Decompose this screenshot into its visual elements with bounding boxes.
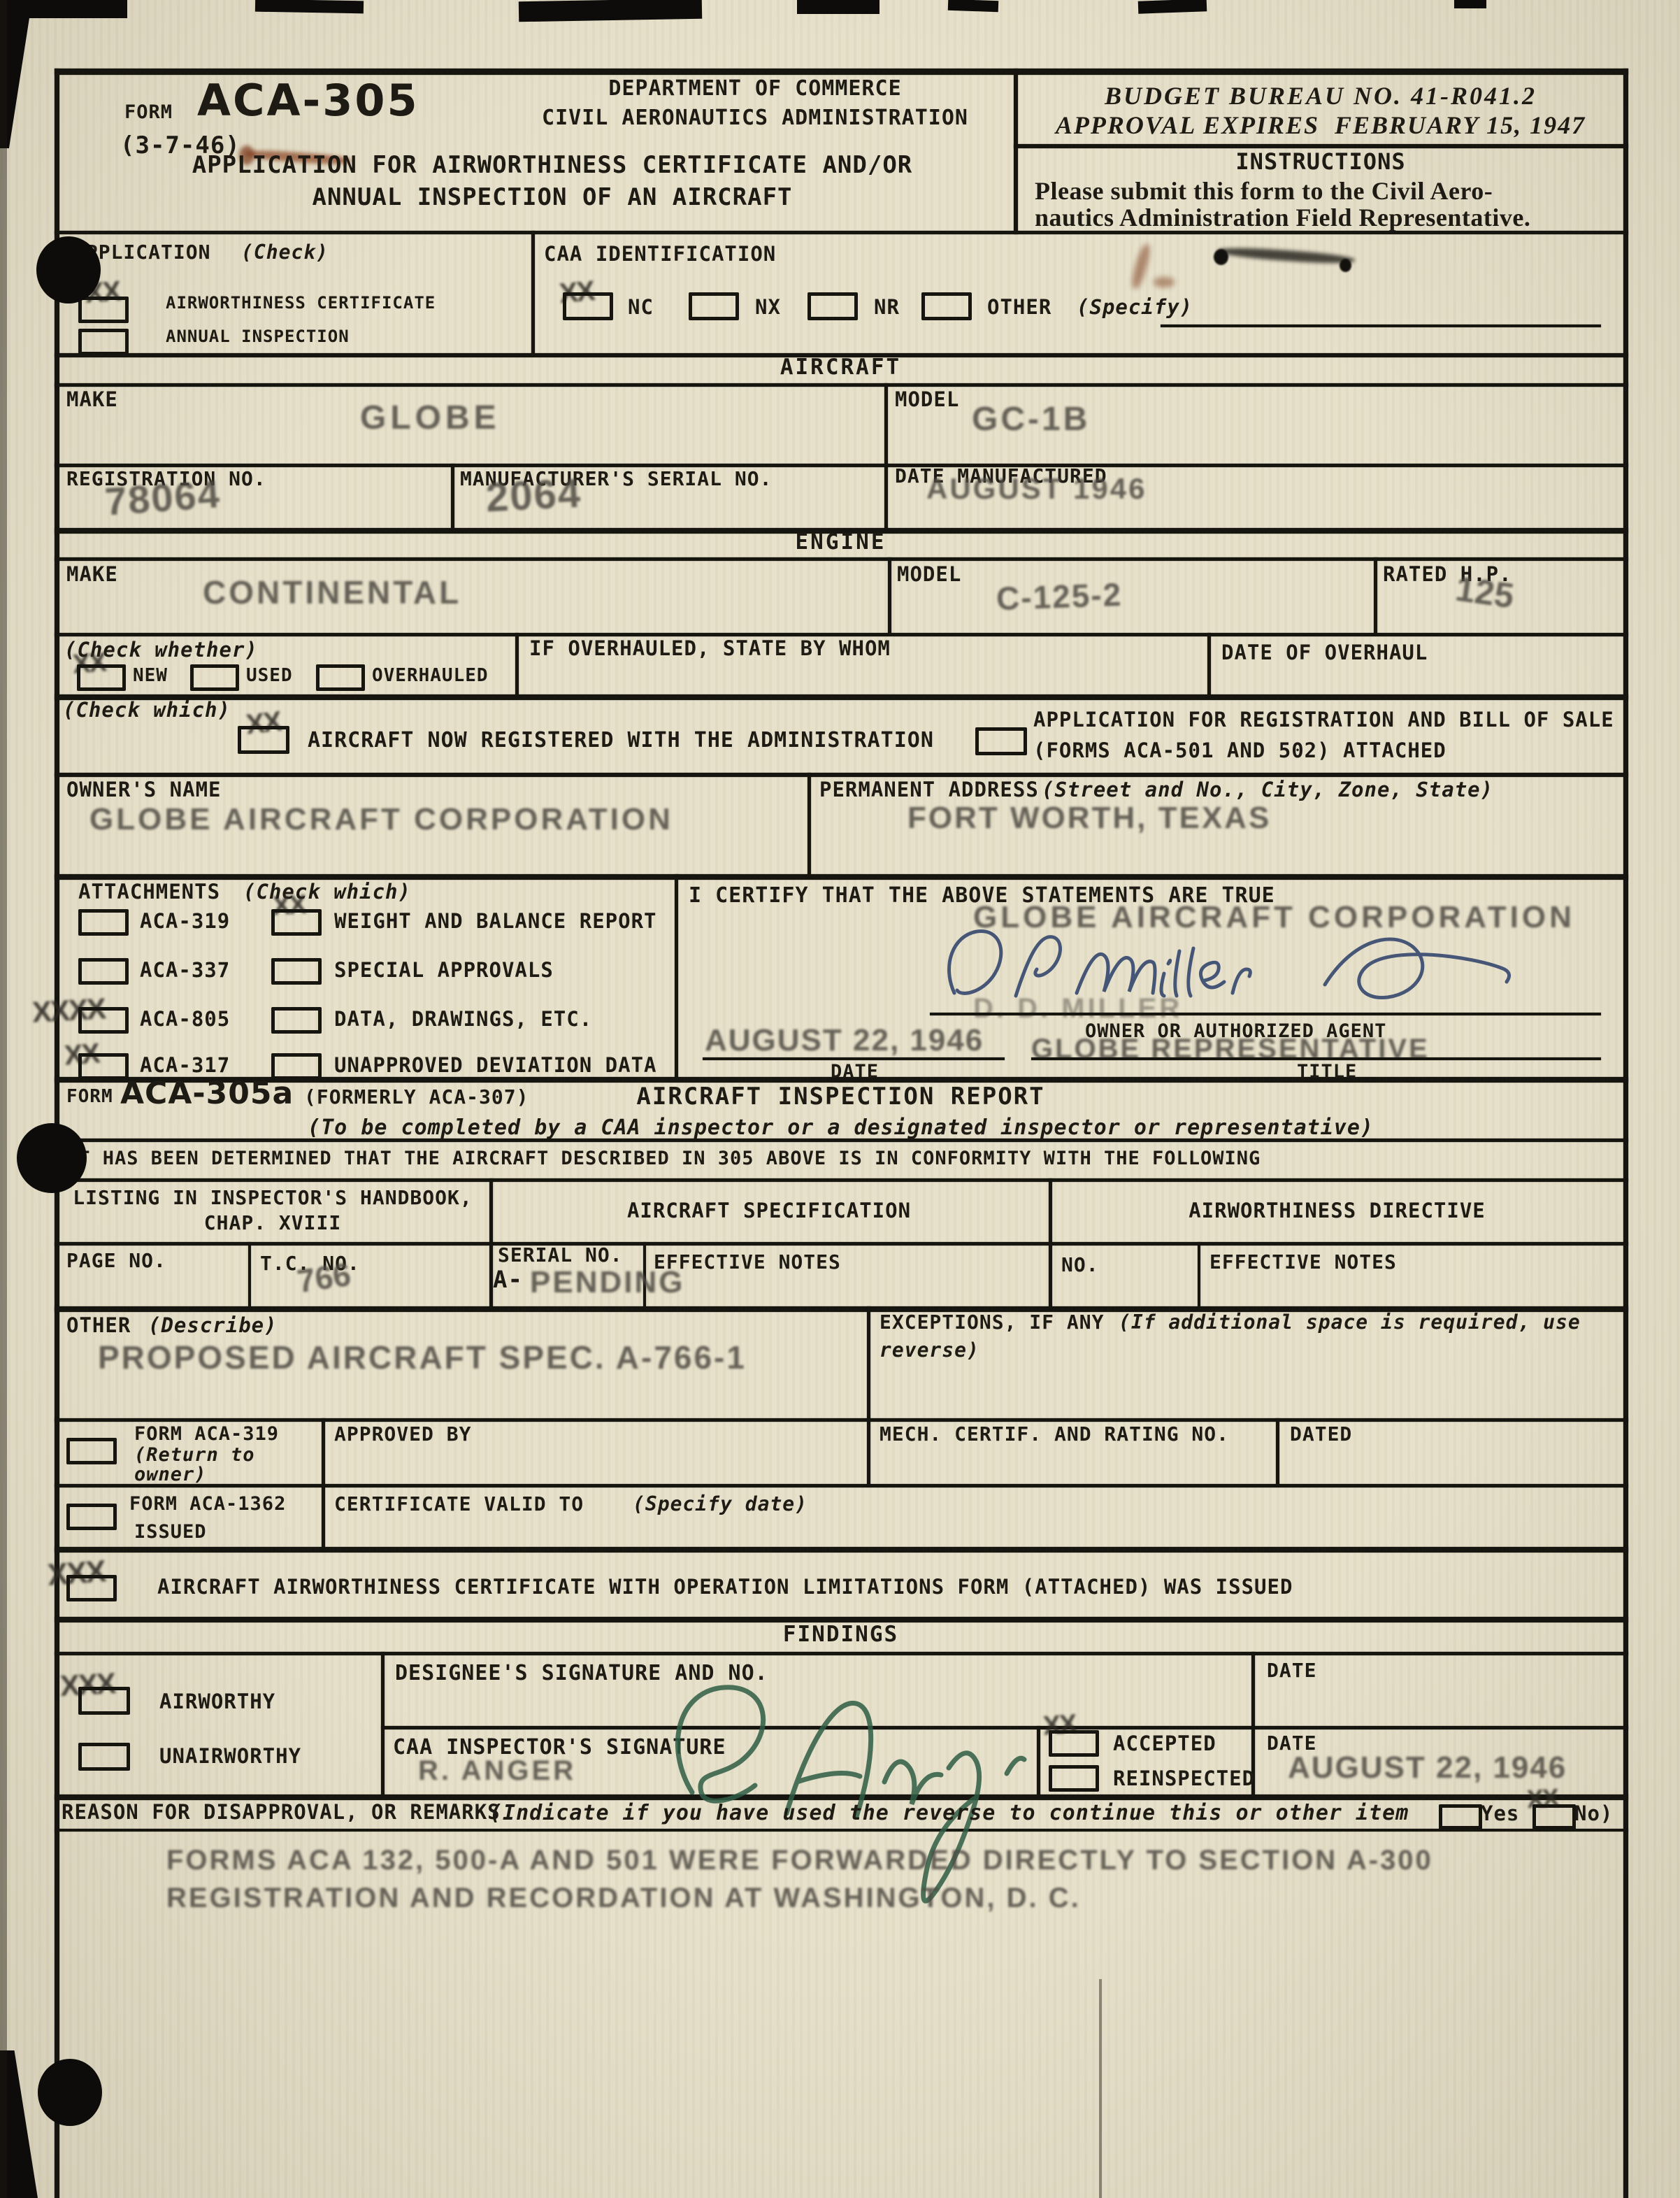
engine-new-label: NEW — [133, 666, 168, 686]
other-label: OTHER — [987, 297, 1051, 319]
remarks-no-checkbox[interactable] — [1532, 1804, 1576, 1829]
scan-artifact — [1454, 0, 1486, 8]
aircraft-make-label: MAKE — [66, 389, 118, 411]
cert-issued-checkbox[interactable] — [66, 1575, 117, 1601]
permanent-address-hint: (Street and No., City, Zone, State) — [1042, 779, 1493, 801]
form-number: ACA-305 — [197, 77, 419, 124]
exceptions-hint2: reverse) — [880, 1340, 979, 1362]
listing-handbook-line1: LISTING IN INSPECTOR'S HANDBOOK, — [56, 1187, 489, 1209]
remarks-yes-label: Yes — [1481, 1803, 1519, 1825]
divider — [867, 1306, 870, 1420]
engine-section-title: ENGINE — [56, 530, 1625, 554]
date-line[interactable] — [703, 1057, 1005, 1060]
registered-checkbox[interactable] — [238, 726, 289, 754]
aircraft-model-value: GC-1B — [972, 403, 1090, 436]
form-aca-319-label: FORM ACA-319 — [134, 1424, 279, 1445]
date-label: DATE — [831, 1062, 879, 1083]
tc-no-value: 766 — [295, 1258, 352, 1297]
caa-identification-label: CAA IDENTIFICATION — [544, 243, 776, 266]
budget-bureau-no: BUDGET BUREAU NO. 41-R041.2 — [1018, 83, 1623, 110]
instructions-line2: nautics Administration Field Representat… — [1035, 204, 1530, 232]
engine-overhauled-label: OVERHAULED — [372, 666, 489, 686]
annual-inspection-label: ANNUAL INSPECTION — [166, 327, 350, 345]
inspection-subtitle: (To be completed by a CAA inspector or a… — [56, 1116, 1625, 1139]
nx-checkbox[interactable] — [689, 292, 739, 320]
divider — [55, 1484, 1628, 1487]
approved-by-label: APPROVED BY — [334, 1424, 471, 1446]
signer-name-stamp: D. D. MILLER — [973, 994, 1182, 1022]
divider — [451, 464, 454, 530]
inspector-name-stamp: R. ANGER — [418, 1757, 576, 1785]
aca-317-label: ACA-317 — [140, 1055, 230, 1077]
form-aca-319-checkbox[interactable] — [66, 1438, 117, 1464]
engine-new-checkbox[interactable] — [77, 664, 126, 691]
divider — [55, 383, 1628, 387]
engine-used-checkbox[interactable] — [190, 664, 239, 691]
department-line: DEPARTMENT OF COMMERCE — [489, 77, 1021, 100]
airworthiness-certificate-label: AIRWORTHINESS CERTIFICATE — [166, 294, 436, 312]
special-approvals-checkbox[interactable] — [271, 958, 322, 985]
divider — [322, 1418, 325, 1550]
aircraft-model-label: MODEL — [895, 389, 959, 411]
application-attached-checkbox[interactable] — [975, 727, 1027, 755]
unapproved-deviation-label: UNAPPROVED DEVIATION DATA — [334, 1055, 657, 1077]
divider — [1037, 1726, 1040, 1797]
application-attached-line1: APPLICATION FOR REGISTRATION AND BILL OF… — [1033, 709, 1614, 732]
divider — [1049, 1178, 1052, 1309]
form-border-top — [55, 69, 1628, 75]
ink-smudge — [1340, 259, 1351, 272]
engine-model-value: C-125-2 — [996, 578, 1123, 615]
serial-no-value: 2064 — [485, 473, 583, 518]
attachments-label: ATTACHMENTS — [78, 881, 220, 904]
ink-smudge — [1214, 249, 1228, 265]
directive-no-label: NO. — [1061, 1255, 1099, 1276]
signature-line[interactable] — [930, 1013, 1601, 1015]
scan-artifact — [519, 0, 702, 22]
divider — [884, 464, 888, 530]
weight-balance-label: WEIGHT AND BALANCE REPORT — [334, 911, 657, 933]
scan-artifact — [797, 0, 880, 14]
ink-smudge — [1218, 245, 1356, 266]
aca-805-checkbox[interactable] — [78, 1007, 129, 1034]
engine-make-label: MAKE — [66, 564, 118, 586]
registration-no-value: 78064 — [103, 474, 222, 521]
inspector-signature — [626, 1649, 1024, 1922]
exceptions-label: EXCEPTIONS, IF ANY — [880, 1312, 1104, 1334]
inspection-report-title: AIRCRAFT INSPECTION REPORT — [56, 1084, 1625, 1110]
annual-inspection-checkbox[interactable] — [78, 329, 129, 355]
spec-serial-no-label: SERIAL NO. — [498, 1245, 623, 1266]
divider — [55, 773, 1628, 777]
aca-319-checkbox[interactable] — [78, 909, 129, 936]
other-checkbox[interactable] — [921, 292, 972, 320]
engine-overhauled-checkbox[interactable] — [316, 664, 365, 691]
effective-notes-label: EFFECTIVE NOTES — [654, 1252, 841, 1273]
airworthiness-directive-header: AIRWORTHINESS DIRECTIVE — [1049, 1200, 1625, 1222]
nx-label: NX — [755, 297, 781, 319]
remarks-line2: REGISTRATION AND RECORDATION AT WASHINGT… — [166, 1884, 1081, 1912]
aca-805-label: ACA-805 — [140, 1008, 230, 1031]
divider — [55, 1242, 1628, 1246]
divider — [381, 1652, 385, 1797]
stain — [1154, 277, 1175, 287]
other-describe-hint: (Describe) — [148, 1315, 278, 1337]
application-attached-line2: (FORMS ACA-501 AND 502) ATTACHED — [1033, 740, 1446, 762]
title-label: TITLE — [1297, 1062, 1357, 1083]
findings-date-value: AUGUST 22, 1946 — [1288, 1753, 1567, 1783]
scan-edge-shadow — [0, 0, 7, 2198]
form-number-prefix: FORM — [124, 102, 173, 123]
date-manufactured-value: AUGUST 1946 — [926, 474, 1147, 504]
aca-337-checkbox[interactable] — [78, 958, 129, 985]
divider — [55, 1178, 1628, 1182]
effective-notes2-label: EFFECTIVE NOTES — [1209, 1252, 1397, 1273]
punch-hole — [38, 2059, 102, 2126]
divider — [867, 1418, 870, 1486]
check-which-hint: (Check which) — [63, 699, 231, 722]
divider — [675, 874, 678, 1079]
reinspected-label: REINSPECTED — [1113, 1768, 1255, 1790]
aca-337-label: ACA-337 — [140, 959, 230, 982]
other-describe-value: PROPOSED AIRCRAFT SPEC. A-766-1 — [98, 1341, 747, 1373]
nr-label: NR — [874, 297, 900, 319]
spec-serial-prefix: A- — [493, 1267, 523, 1293]
divider — [515, 633, 519, 697]
divider — [531, 231, 535, 357]
divider — [55, 874, 1628, 880]
listing-handbook-line2: CHAP. XVIII — [56, 1213, 489, 1234]
paper-crease — [1099, 1979, 1102, 2198]
instructions-line1: Please submit this form to the Civil Aer… — [1035, 178, 1493, 206]
registered-label: AIRCRAFT NOW REGISTERED WITH THE ADMINIS… — [308, 729, 934, 752]
divider — [55, 1418, 1628, 1422]
reinspected-checkbox[interactable] — [1049, 1765, 1099, 1792]
divider — [55, 464, 1628, 467]
approval-expires: APPROVAL EXPIRES FEBRUARY 15, 1947 — [1018, 112, 1623, 140]
divider — [248, 1242, 251, 1308]
airworthy-checkbox[interactable] — [78, 1687, 130, 1715]
reason-hint: (Indicate if you have used the reverse t… — [489, 1801, 1409, 1825]
aircraft-section-title: AIRCRAFT — [56, 355, 1625, 379]
return-to-hint1: (Return to — [134, 1445, 255, 1466]
reason-label: REASON FOR DISAPPROVAL, OR REMARKS — [62, 1801, 513, 1824]
accepted-label: ACCEPTED — [1113, 1733, 1216, 1755]
nc-checkbox[interactable] — [563, 292, 613, 320]
determined-statement: IT HAS BEEN DETERMINED THAT THE AIRCRAFT… — [66, 1148, 1261, 1169]
permanent-address-label: PERMANENT ADDRESS — [819, 779, 1039, 801]
application-check-hint: (Check) — [241, 242, 329, 264]
punch-hole — [17, 1123, 87, 1193]
dated-label: DATED — [1290, 1424, 1352, 1446]
date-of-overhaul-label: DATE OF OVERHAUL — [1221, 642, 1428, 664]
aca-319-label: ACA-319 — [140, 911, 230, 933]
divider — [888, 557, 891, 635]
divider — [1198, 1242, 1200, 1308]
overhauled-by-whom-label: IF OVERHAULED, STATE BY WHOM — [529, 638, 891, 660]
certification-date-value: AUGUST 22, 1946 — [705, 1025, 984, 1056]
engine-make-value: CONTINENTAL — [203, 576, 461, 608]
divider — [55, 1547, 1628, 1553]
stain — [1129, 243, 1153, 290]
nr-checkbox[interactable] — [807, 292, 858, 320]
form-aca-1362-checkbox[interactable] — [66, 1504, 117, 1530]
designee-date-label: DATE — [1267, 1660, 1316, 1682]
issued-label: ISSUED — [134, 1522, 207, 1543]
form-title-line1: APPLICATION FOR AIRWORTHINESS CERTIFICAT… — [98, 152, 1007, 178]
return-to-hint2: owner) — [134, 1464, 207, 1485]
punch-hole — [36, 236, 101, 304]
aircraft-specification-header: AIRCRAFT SPECIFICATION — [489, 1200, 1049, 1222]
data-drawings-label: DATA, DRAWINGS, ETC. — [334, 1008, 592, 1031]
divider — [1374, 557, 1377, 635]
other-describe-label: OTHER — [66, 1315, 131, 1337]
cert-issued-label: AIRCRAFT AIRWORTHINESS CERTIFICATE WITH … — [157, 1576, 1293, 1599]
remarks-no-label: No) — [1574, 1803, 1613, 1825]
form-aca-1362-label: FORM ACA-1362 — [129, 1494, 286, 1515]
weight-balance-checkbox[interactable] — [271, 909, 322, 936]
airworthiness-certificate-checkbox[interactable] — [78, 297, 129, 323]
other-specify-line[interactable] — [1161, 324, 1601, 327]
findings-title: FINDINGS — [56, 1622, 1625, 1646]
divider — [807, 773, 811, 876]
rated-hp-value: 125 — [1453, 571, 1516, 613]
attachments-check-hint: (Check which) — [243, 881, 411, 904]
divider — [884, 383, 888, 467]
divider — [1276, 1418, 1279, 1486]
remarks-line1: FORMS ACA 132, 500-A AND 501 WERE FORWAR… — [166, 1846, 1433, 1874]
instructions-title: INSTRUCTIONS — [1018, 150, 1623, 174]
special-approvals-label: SPECIAL APPROVALS — [334, 959, 554, 982]
scan-artifact — [255, 0, 364, 13]
unairworthy-checkbox[interactable] — [78, 1743, 130, 1771]
mech-certif-label: MECH. CERTIF. AND RATING NO. — [880, 1424, 1229, 1446]
owner-name-value: GLOBE AIRCRAFT CORPORATION — [89, 804, 673, 835]
other-specify-hint: (Specify) — [1077, 297, 1193, 319]
exceptions-hint: (If additional space is required, use — [1119, 1312, 1581, 1334]
aircraft-make-value: GLOBE — [360, 401, 501, 435]
certificate-valid-to-label: CERTIFICATE VALID TO — [334, 1494, 584, 1515]
engine-model-label: MODEL — [897, 564, 961, 586]
scanned-form-aca-305: FORM ACA-305 (3-7-46) DEPARTMENT OF COMM… — [0, 0, 1680, 2198]
specify-date-hint: (Specify date) — [633, 1494, 807, 1515]
unairworthy-label: UNAIRWORTHY — [159, 1746, 301, 1768]
divider — [1207, 633, 1211, 697]
divider — [55, 557, 1628, 561]
owner-name-label: OWNER'S NAME — [66, 779, 222, 801]
scan-artifact — [1138, 0, 1207, 14]
form-title-line2: ANNUAL INSPECTION OF AN AIRCRAFT — [98, 185, 1007, 210]
airworthy-label: AIRWORTHY — [159, 1691, 275, 1713]
accepted-checkbox[interactable] — [1049, 1730, 1099, 1757]
data-drawings-checkbox[interactable] — [271, 1007, 322, 1034]
permanent-address-value: FORT WORTH, TEXAS — [907, 803, 1271, 834]
nc-label: NC — [628, 297, 654, 319]
title-line[interactable] — [1031, 1057, 1601, 1060]
divider — [55, 694, 1628, 700]
agency-line: CIVIL AERONAUTICS ADMINISTRATION — [489, 106, 1021, 129]
engine-used-label: USED — [246, 666, 293, 686]
scan-artifact — [948, 0, 999, 12]
page-no-label: PAGE NO. — [66, 1250, 166, 1272]
remarks-yes-checkbox[interactable] — [1439, 1804, 1482, 1829]
